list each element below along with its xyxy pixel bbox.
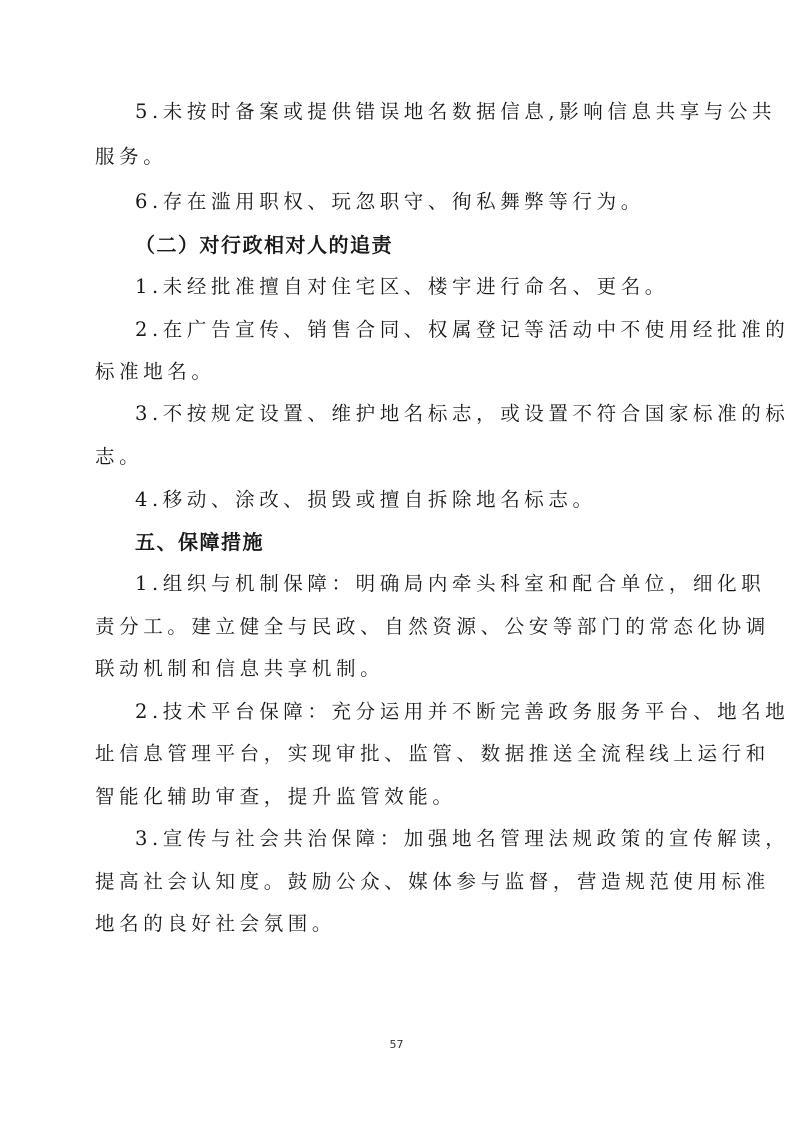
paragraph-line: 标准地名。 bbox=[95, 360, 216, 384]
page-number: 57 bbox=[0, 1038, 793, 1051]
paragraph-line: 2.在广告宣传、销售合同、权属登记等活动中不使用经批准的 bbox=[135, 318, 789, 342]
paragraph-line: 1.未经批准擅自对住宅区、楼宇进行命名、更名。 bbox=[135, 275, 669, 299]
paragraph-line: 5.未按时备案或提供错误地名数据信息,影响信息共享与公共 bbox=[135, 100, 776, 124]
paragraph-line: 3.宣传与社会共治保障：加强地名管理法规政策的宣传解读， bbox=[135, 827, 789, 851]
paragraph-line: 地名的良好社会氛围。 bbox=[95, 912, 336, 936]
paragraph-line: 智能化辅助审查，提升监管效能。 bbox=[95, 785, 457, 809]
paragraph-line: 1.组织与机制保障：明确局内牵头科室和配合单位，细化职 bbox=[135, 572, 765, 596]
section-heading: 五、保障措施 bbox=[135, 530, 264, 554]
document-page: 5.未按时备案或提供错误地名数据信息,影响信息共享与公共服务。6.存在滥用职权、… bbox=[0, 0, 793, 1122]
paragraph-line: 联动机制和信息共享机制。 bbox=[95, 657, 384, 681]
paragraph-line: 2.技术平台保障：充分运用并不断完善政务服务平台、地名地 bbox=[135, 700, 789, 724]
paragraph-line: 址信息管理平台，实现审批、监管、数据推送全流程线上运行和 bbox=[95, 742, 770, 766]
paragraph-line: 志。 bbox=[95, 445, 143, 469]
paragraph-line: 责分工。建立健全与民政、自然资源、公安等部门的常态化协调 bbox=[95, 615, 770, 639]
paragraph-line: 提高社会认知度。鼓励公众、媒体参与监督，营造规范使用标准 bbox=[95, 870, 770, 894]
paragraph-line: 服务。 bbox=[95, 145, 167, 169]
section-heading: （二）对行政相对人的追责 bbox=[135, 233, 393, 257]
paragraph-line: 4.移动、涂改、损毁或擅自拆除地名标志。 bbox=[135, 488, 597, 512]
paragraph-line: 3.不按规定设置、维护地名标志，或设置不符合国家标准的标 bbox=[135, 402, 789, 426]
paragraph-line: 6.存在滥用职权、玩忽职守、徇私舞弊等行为。 bbox=[135, 190, 645, 214]
